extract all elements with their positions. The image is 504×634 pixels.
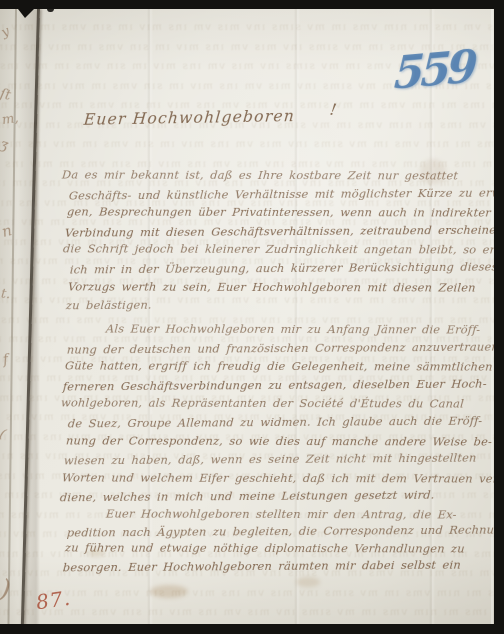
handwritten-line: nung der Correspondenz, so wie dies auf … xyxy=(66,433,493,448)
handwritten-line: Als Euer Hochwohlgeboren mir zu Anfang J… xyxy=(106,322,481,337)
ink-bleedthrough-row: ın ım mıv nıs vm ıms mı nım vms ım mv sı… xyxy=(0,138,494,150)
handwritten-line: wiesen zu haben, daß, wenn es seine Zeit… xyxy=(63,451,477,468)
scan-border-notch xyxy=(18,9,34,18)
handwritten-line: Worten und welchem Eifer geschieht, daß … xyxy=(62,470,494,485)
handwritten-line: diene, welches in mich und meine Leistun… xyxy=(59,488,435,505)
facing-page-fragment: m, xyxy=(1,111,19,128)
facing-page-fragment: t. xyxy=(0,287,11,303)
handwritten-line: nung der deutschen und französischen Cor… xyxy=(66,339,494,356)
letter-page: ın ım mıv nıs vm ıms mı nım vms ım mv sı… xyxy=(0,9,494,624)
ink-bleedthrough-row: ın ım mıv nıs vm ıms mı nım vms ım mv sı… xyxy=(0,606,494,618)
handwritten-line: Euer Hochwohlgeboren stellten mir den An… xyxy=(106,507,458,522)
handwritten-line: Geschäfts- und künstliche Verhältnisse m… xyxy=(68,185,494,202)
scanned-letter-photo: ın ım mıv nıs vm ıms mı nım vms ım mv sı… xyxy=(0,0,504,634)
page-number-red-ink: 87. xyxy=(34,586,72,615)
handwritten-line: ich mir in der Überzeugung, auch kürzere… xyxy=(69,260,494,277)
handwritten-line: gen, Besprechungen über Privatinteressen… xyxy=(67,205,492,220)
archival-number-blue-pencil: 559 xyxy=(393,41,475,99)
handwritten-line: Vorzugs werth zu sein, Euer Hochwohlgebo… xyxy=(68,279,477,294)
ink-bleedthrough-row: ın ım mıv nıs vm ıms mı nım vms ım mv sı… xyxy=(0,21,494,33)
handwritten-line: wohlgeboren, als Repräsentanten der Soci… xyxy=(61,396,465,411)
handwritten-line: Güte hatten, ergriff ich freudig die Gel… xyxy=(65,359,494,374)
salutation-line: Euer Hochwohlgeboren xyxy=(83,107,296,129)
handwritten-line: Da es mir bekannt ist, daß es Ihre kostb… xyxy=(62,167,459,182)
handwritten-line: de Suez, Groupe Allemand zu widmen. Ich … xyxy=(67,414,482,431)
handwritten-line: besorgen. Euer Hochwohlgeboren räumten m… xyxy=(62,557,461,574)
handwritten-line: Verbindung mit diesen Geschäftsverhältni… xyxy=(64,222,494,239)
ink-bleedthrough-row: ın ım mıv nıs vm ıms mı nım vms ım mv sı… xyxy=(7,587,494,599)
handwritten-line: zu führen und etwaige nöthige diplomatis… xyxy=(65,541,466,556)
handwritten-line: ferneren Geschäftsverbindungen zu entsag… xyxy=(62,376,487,393)
handwritten-line: zu belästigen. xyxy=(66,298,153,313)
handwritten-line: die Schrift jedoch bei kleinerer Zudring… xyxy=(63,242,494,257)
